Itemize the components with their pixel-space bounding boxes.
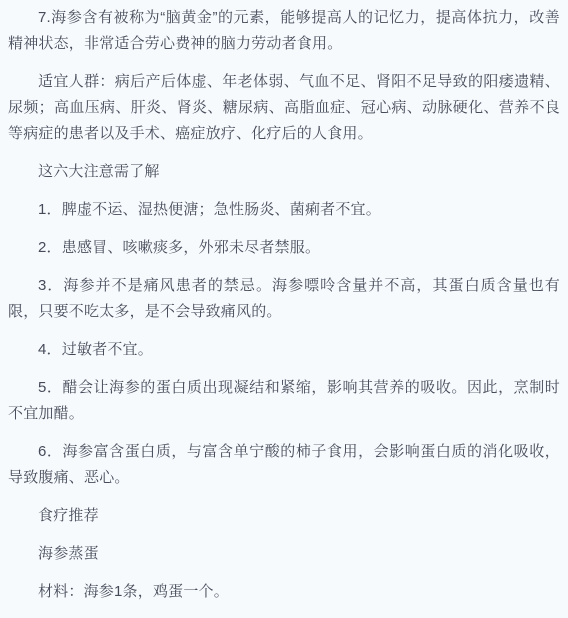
section-title-diet-recommendation: 食疗推荐 [8,503,560,529]
recipe-title-steamed-egg: 海参蒸蛋 [8,541,560,567]
note-item-6: 6．海参富含蛋白质，与富含单宁酸的柿子食用，会影响蛋白质的消化吸收，导致腹痛、恶… [8,439,560,491]
note-item-2: 2．患感冒、咳嗽痰多，外邪未尽者禁服。 [8,235,560,261]
note-item-1: 1．脾虚不运、湿热便溏；急性肠炎、菌痢者不宜。 [8,197,560,223]
note-item-4: 4．过敏者不宜。 [8,337,560,363]
note-item-5: 5．醋会让海参的蛋白质出现凝结和紧缩，影响其营养的吸收。因此，烹制时不宜加醋。 [8,375,560,427]
note-item-3: 3．海参并不是痛风患者的禁忌。海参嘌呤含量并不高，其蛋白质含量也有限，只要不吃太… [8,273,560,325]
recipe-ingredients: 材料：海参1条，鸡蛋一个。 [8,579,560,605]
article-body: 7.海参含有被称为“脑黄金”的元素，能够提高人的记忆力，提高体抗力，改善精神状态… [0,5,568,605]
section-title-six-notes: 这六大注意需了解 [8,159,560,185]
paragraph-benefit-7: 7.海参含有被称为“脑黄金”的元素，能够提高人的记忆力，提高体抗力，改善精神状态… [8,5,560,57]
paragraph-suitable-people: 适宜人群：病后产后体虚、年老体弱、气血不足、肾阳不足导致的阳痿遗精、尿频；高血压… [8,69,560,147]
